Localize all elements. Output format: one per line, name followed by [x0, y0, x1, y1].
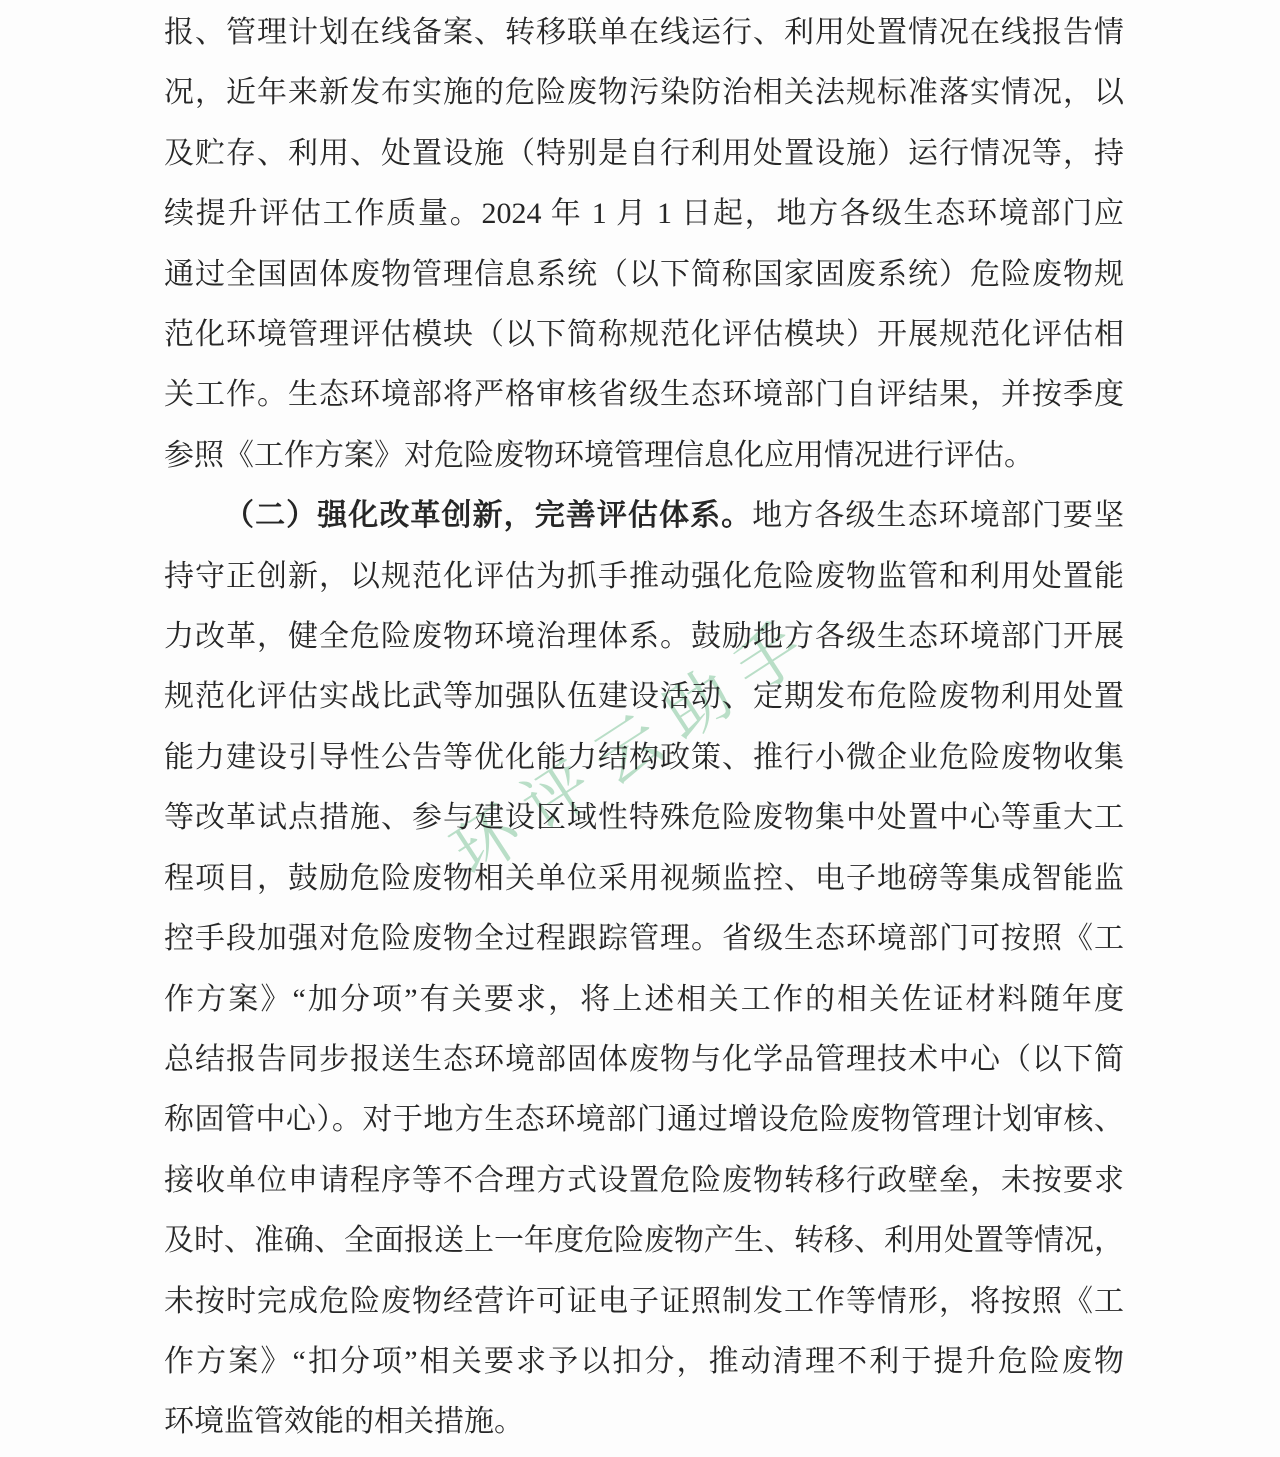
text-segment: 地方各级生态环境部门要坚 — [752, 499, 1124, 532]
text-segment: 环境监管效能的相关措施。 — [164, 1405, 524, 1438]
text-segment: 称固管中心）。对于地方生态环境部门通过增设危险废物管理计划审核、 — [164, 1103, 1124, 1136]
text-segment: 关工作。生态环境部将严格审核省级生态环境部门自评结果，并按季度 — [164, 378, 1124, 411]
text-line: 通过全国固体废物管理信息系统（以下简称国家固废系统）危险废物规 — [164, 245, 1124, 305]
text-segment: 作方案》“加分项”有关要求，将上述相关工作的相关佐证材料随年度 — [164, 983, 1124, 1016]
text-line: 范化环境管理评估模块（以下简称规范化评估模块）开展规范化评估相 — [164, 305, 1124, 365]
text-segment: 接收单位申请程序等不合理方式设置危险废物转移行政壁垒，未按要求 — [164, 1164, 1124, 1197]
text-line: 程项目，鼓励危险废物相关单位采用视频监控、电子地磅等集成智能监 — [164, 849, 1124, 909]
text-line: 规范化评估实战比武等加强队伍建设活动、定期发布危险废物利用处置 — [164, 667, 1124, 727]
text-line: 作方案》“扣分项”相关要求予以扣分，推动清理不利于提升危险废物 — [164, 1332, 1124, 1392]
text-line: 及贮存、利用、处置设施（特别是自行利用处置设施）运行情况等，持 — [164, 124, 1124, 184]
text-line: 能力建设引导性公告等优化能力结构政策、推行小微企业危险废物收集 — [164, 728, 1124, 788]
text-line: 总结报告同步报送生态环境部固体废物与化学品管理技术中心（以下简 — [164, 1030, 1124, 1090]
text-segment: 持守正创新，以规范化评估为抓手推动强化危险废物监管和利用处置能 — [164, 560, 1124, 593]
text-segment: 未按时完成危险废物经营许可证电子证照制发工作等情形，将按照《工 — [164, 1285, 1124, 1318]
text-segment-bold: （二）强化改革创新，完善评估体系。 — [224, 499, 752, 532]
text-segment: 能力建设引导性公告等优化能力结构政策、推行小微企业危险废物收集 — [164, 741, 1124, 774]
text-segment: 通过全国固体废物管理信息系统（以下简称国家固废系统）危险废物规 — [164, 258, 1124, 291]
text-segment: 控手段加强对危险废物全过程跟踪管理。省级生态环境部门可按照《工 — [164, 922, 1124, 955]
text-segment: 报、管理计划在线备案、转移联单在线运行、利用处置情况在线报告情 — [164, 16, 1124, 49]
text-line: 关工作。生态环境部将严格审核省级生态环境部门自评结果，并按季度 — [164, 365, 1124, 425]
text-segment: 力改革，健全危险废物环境治理体系。鼓励地方各级生态环境部门开展 — [164, 620, 1124, 653]
text-segment: 范化环境管理评估模块（以下简称规范化评估模块）开展规范化评估相 — [164, 318, 1124, 351]
text-segment: 及贮存、利用、处置设施（特别是自行利用处置设施）运行情况等，持 — [164, 137, 1124, 170]
text-line: 况，近年来新发布实施的危险废物污染防治相关法规标准落实情况，以 — [164, 63, 1124, 123]
text-segment: 及时、准确、全面报送上一年度危险废物产生、转移、利用处置等情况， — [164, 1224, 1124, 1257]
text-line: 称固管中心）。对于地方生态环境部门通过增设危险废物管理计划审核、 — [164, 1090, 1124, 1150]
text-line: 及时、准确、全面报送上一年度危险废物产生、转移、利用处置等情况， — [164, 1211, 1124, 1271]
text-segment: 总结报告同步报送生态环境部固体废物与化学品管理技术中心（以下简 — [164, 1043, 1124, 1076]
text-segment: 规范化评估实战比武等加强队伍建设活动、定期发布危险废物利用处置 — [164, 680, 1124, 713]
text-segment: 况，近年来新发布实施的危险废物污染防治相关法规标准落实情况，以 — [164, 76, 1124, 109]
text-line: 未按时完成危险废物经营许可证电子证照制发工作等情形，将按照《工 — [164, 1272, 1124, 1332]
text-line: 续提升评估工作质量。2024 年 1 月 1 日起，地方各级生态环境部门应 — [164, 184, 1124, 244]
text-segment: 程项目，鼓励危险废物相关单位采用视频监控、电子地磅等集成智能监 — [164, 862, 1124, 895]
text-line: 作方案》“加分项”有关要求，将上述相关工作的相关佐证材料随年度 — [164, 970, 1124, 1030]
document-page: 环评云助手 报、管理计划在线备案、转移联单在线运行、利用处置情况在线报告情况，近… — [0, 0, 1280, 1457]
text-line: 持守正创新，以规范化评估为抓手推动强化危险废物监管和利用处置能 — [164, 547, 1124, 607]
text-line: 环境监管效能的相关措施。 — [164, 1392, 1124, 1452]
text-segment: 续提升评估工作质量。2024 年 1 月 1 日起，地方各级生态环境部门应 — [164, 197, 1124, 230]
text-segment: 参照《工作方案》对危险废物环境管理信息化应用情况进行评估。 — [164, 439, 1034, 472]
text-line: 报、管理计划在线备案、转移联单在线运行、利用处置情况在线报告情 — [164, 3, 1124, 63]
text-segment: 等改革试点措施、参与建设区域性特殊危险废物集中处置中心等重大工 — [164, 801, 1124, 834]
text-line: 等改革试点措施、参与建设区域性特殊危险废物集中处置中心等重大工 — [164, 788, 1124, 848]
text-line: （二）强化改革创新，完善评估体系。地方各级生态环境部门要坚 — [164, 486, 1124, 546]
text-line: 参照《工作方案》对危险废物环境管理信息化应用情况进行评估。 — [164, 426, 1124, 486]
document-body: 报、管理计划在线备案、转移联单在线运行、利用处置情况在线报告情况，近年来新发布实… — [164, 3, 1124, 1453]
text-segment: 作方案》“扣分项”相关要求予以扣分，推动清理不利于提升危险废物 — [164, 1345, 1124, 1378]
text-line: 接收单位申请程序等不合理方式设置危险废物转移行政壁垒，未按要求 — [164, 1151, 1124, 1211]
text-line: 控手段加强对危险废物全过程跟踪管理。省级生态环境部门可按照《工 — [164, 909, 1124, 969]
text-line: 力改革，健全危险废物环境治理体系。鼓励地方各级生态环境部门开展 — [164, 607, 1124, 667]
